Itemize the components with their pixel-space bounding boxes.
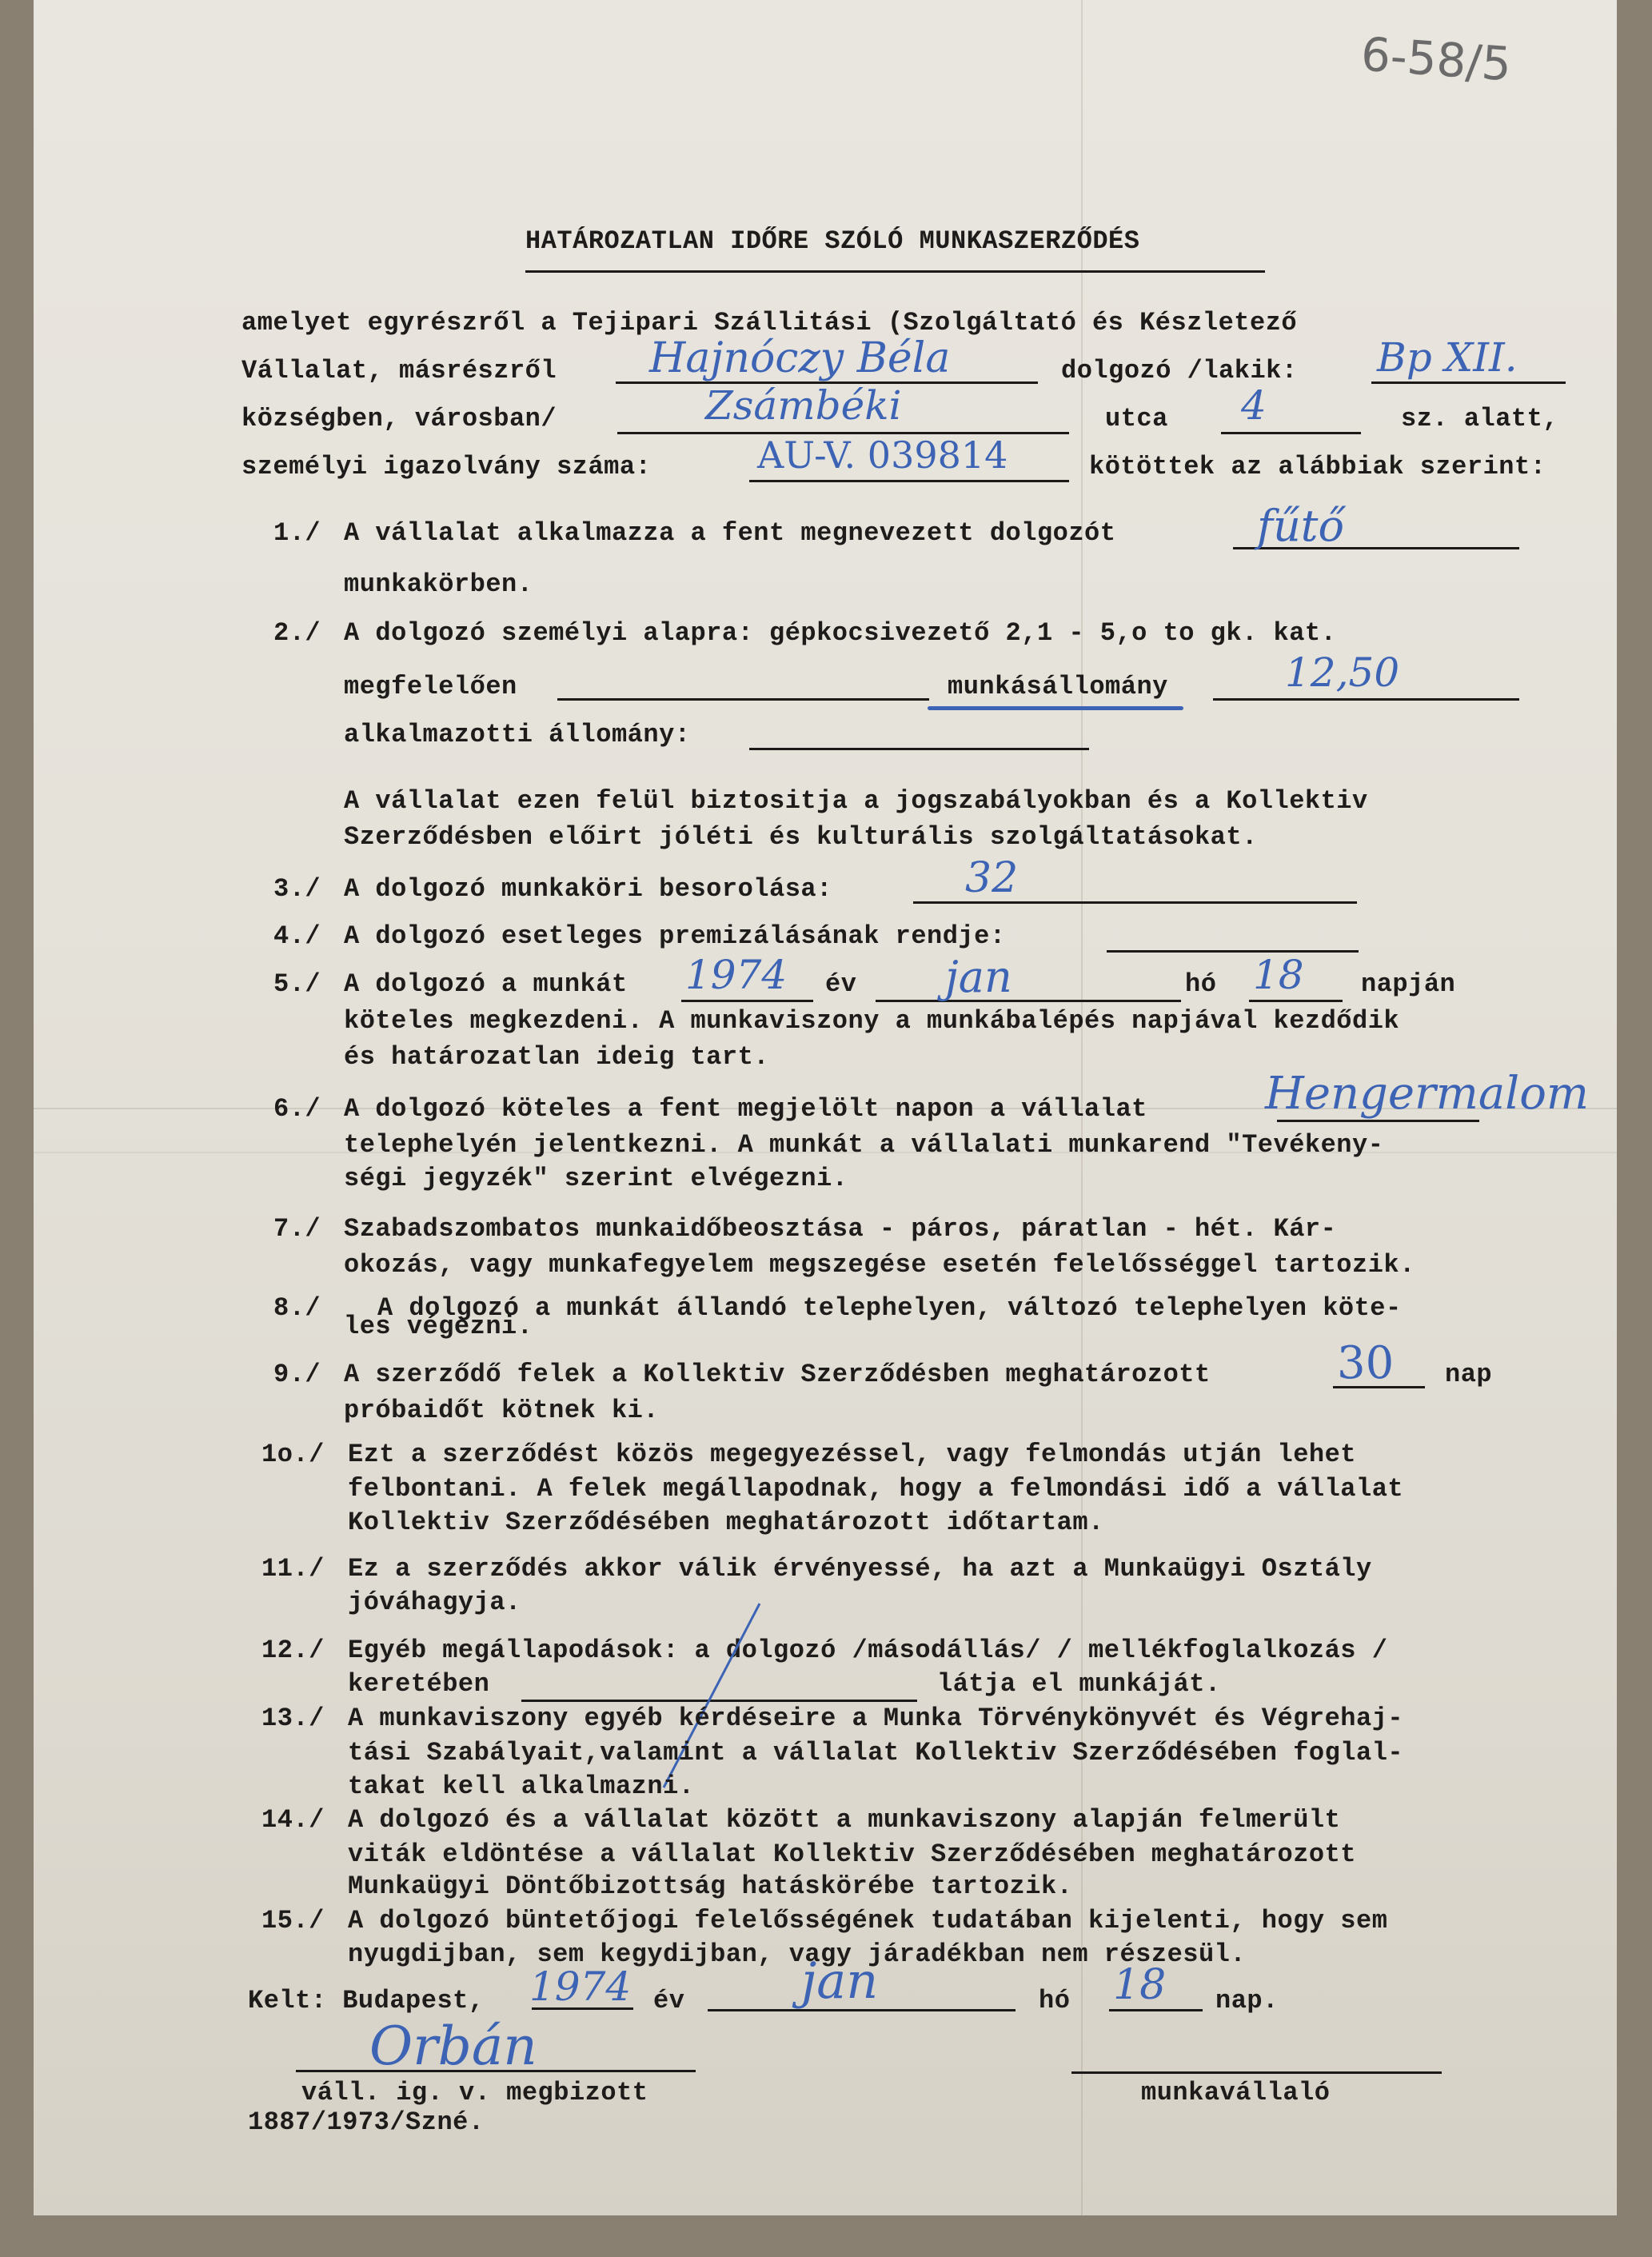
clause-2-megfeleloen: megfelelően	[344, 672, 517, 701]
footer-ho: hó	[1039, 1986, 1070, 2015]
clause-6-text-3: ségi jegyzék" szerint elvégezni.	[344, 1164, 848, 1193]
start-year-field-line	[681, 1000, 813, 1002]
clause-11-text: Ez a szerződés akkor válik érvényessé, h…	[348, 1554, 1372, 1584]
clause-8-text-2: les végezni.	[344, 1312, 533, 1341]
clause-3-number: 3./	[273, 874, 321, 904]
employee-signature-line	[1071, 2071, 1442, 2074]
start-day-field[interactable]: 18	[1253, 952, 1304, 998]
clause-7-text-2: okozás, vagy munkafegyelem megszegése es…	[344, 1250, 1415, 1280]
job-title-field[interactable]: fűtő	[1257, 501, 1344, 551]
intro-line-3-label: községben, városban/	[241, 404, 557, 433]
clause-12-number: 12./	[261, 1636, 325, 1665]
handwritten-underline	[928, 706, 1183, 710]
clause-9-text: A szerződő felek a Kollektiv Szerződésbe…	[344, 1360, 1211, 1389]
clause-9-number: 9./	[273, 1360, 321, 1389]
clause-4-number: 4./	[273, 921, 321, 951]
clause-8-number: 8./	[273, 1293, 321, 1323]
clause-15-text: A dolgozó büntetőjogi felelősségének tud…	[348, 1906, 1387, 1935]
intro-line-3-utca: utca	[1105, 404, 1168, 433]
clause-14-text-3: Munkaügyi Döntőbizottság hatáskörébe tar…	[348, 1872, 1072, 1901]
clause-2-para-2: Szerződésben előirt jóléti és kulturális…	[344, 822, 1258, 852]
clause-15-text-2: nyugdijban, sem kegydijban, vagy járadék…	[348, 1939, 1246, 1969]
clause-10-text: Ezt a szerződést közös megegyezéssel, va…	[348, 1440, 1356, 1469]
clause-7-text: Szabadszombatos munkaidőbeosztása - páro…	[344, 1214, 1336, 1244]
start-month-field[interactable]: jan	[945, 952, 1012, 1002]
clause-2-employee-blank	[749, 748, 1089, 750]
clause-13-number: 13./	[261, 1704, 325, 1733]
clause-9-nap: nap	[1445, 1360, 1492, 1389]
clause-2-number: 2./	[273, 618, 321, 648]
kelt-label: Kelt: Budapest,	[248, 1986, 485, 2015]
clause-1-text-2: munkakörben.	[344, 569, 533, 599]
intro-line-4-label: személyi igazolvány száma:	[241, 452, 651, 481]
signed-year-field[interactable]: 1974	[529, 1963, 631, 2010]
clause-6-number: 6./	[273, 1094, 321, 1124]
clause-2-para-1: A vállalat ezen felül biztositja a jogsz…	[344, 786, 1368, 816]
clause-14-text: A dolgozó és a vállalat között a munkavi…	[348, 1805, 1340, 1835]
clause-5-text-2: köteles megkezdeni. A munkaviszony a mun…	[344, 1006, 1399, 1036]
residence-field[interactable]: Bp XII.	[1377, 334, 1518, 381]
clause-4-text: A dolgozó esetleges premizálásának rendj…	[344, 921, 1006, 951]
start-month-field-line	[876, 1000, 1181, 1002]
intro-line-2-label: Vállalat, másrészről	[241, 356, 557, 385]
intro-line-1: amelyet egyrészről a Tejipari Szállitási…	[241, 308, 1297, 338]
clause-12-text: Egyéb megállapodások: a dolgozó /másodál…	[348, 1636, 1387, 1665]
id-number-field-line	[749, 480, 1069, 482]
clause-5-napjan: napján	[1361, 969, 1455, 999]
clause-10-text-3: Kollektiv Szerződésében meghatározott id…	[348, 1508, 1104, 1537]
clause-1-text: A vállalat alkalmazza a fent megnevezett…	[344, 518, 1115, 548]
document-page: 6-58/5 HATÁROZATLAN IDŐRE SZÓLÓ MUNKASZE…	[34, 0, 1617, 2215]
clause-3-text: A dolgozó munkaköri besorolása:	[344, 874, 832, 904]
employee-signature-label: munkavállaló	[1141, 2078, 1330, 2107]
bonus-field-line	[1107, 950, 1359, 953]
house-number-field[interactable]: 4	[1241, 382, 1267, 429]
document-title: HATÁROZATLAN IDŐRE SZÓLÓ MUNKASZERZŐDÉS	[525, 226, 1139, 256]
work-site-field-line	[1277, 1120, 1479, 1122]
wage-field[interactable]: 12,50	[1285, 649, 1399, 696]
employer-signature[interactable]: Orbán	[369, 2015, 537, 2077]
clause-13-text: A munkaviszony egyéb kérdéseire a Munka …	[348, 1704, 1403, 1733]
clause-14-number: 14./	[261, 1805, 325, 1835]
clause-5-ho: hó	[1185, 969, 1216, 999]
clause-2-alkalmazotti: alkalmazotti állomány:	[344, 720, 690, 749]
id-number-field[interactable]: AU-V. 039814	[757, 433, 1008, 477]
residence-field-line	[1371, 381, 1566, 384]
clause-6-text: A dolgozó köteles a fent megjelölt napon…	[344, 1094, 1147, 1124]
employee-name-field[interactable]: Hajnóczy Béla	[649, 334, 950, 382]
clause-12-keretében: keretében	[348, 1669, 489, 1699]
clause-15-number: 15./	[261, 1906, 325, 1935]
start-day-field-line	[1249, 1000, 1343, 1002]
archive-reference: 6-58/5	[1359, 27, 1513, 92]
house-number-field-line	[1221, 432, 1361, 434]
wage-field-line	[1213, 698, 1519, 701]
clause-6-text-2: telephelyén jelentkezni. A munkát a váll…	[344, 1130, 1383, 1160]
clause-14-text-2: viták eldöntése a vállalat Kollektiv Sze…	[348, 1840, 1356, 1869]
form-number: 1887/1973/Szné.	[248, 2107, 485, 2137]
clause-11-text-2: jóváhagyja.	[348, 1588, 521, 1617]
clause-10-text-2: felbontani. A felek megállapodnak, hogy …	[348, 1474, 1403, 1504]
intro-line-4-suffix: kötöttek az alábbiak szerint:	[1089, 452, 1546, 481]
classification-field[interactable]: 32	[965, 854, 1018, 902]
clause-5-text: A dolgozó a munkát	[344, 969, 628, 999]
work-site-field[interactable]: Hengermalom	[1265, 1068, 1589, 1120]
signed-day-field-line	[1109, 2009, 1203, 2011]
title-underline	[525, 270, 1265, 273]
clause-11-number: 11./	[261, 1554, 325, 1584]
footer-ev: év	[653, 1986, 684, 2015]
footer-nap: nap.	[1215, 1986, 1279, 2015]
clause-5-text-3: és határozatlan ideig tart.	[344, 1042, 769, 1072]
street-field[interactable]: Zsámbéki	[705, 382, 902, 429]
clause-13-text-3: takat kell alkalmazni.	[348, 1772, 694, 1801]
clause-10-number: 1o./	[261, 1440, 325, 1469]
clause-5-number: 5./	[273, 969, 321, 999]
intro-line-2-worker: dolgozó /lakik:	[1061, 356, 1298, 385]
signed-day-field[interactable]: 18	[1113, 1961, 1166, 2009]
clause-12-latja: látja el munkáját.	[937, 1669, 1221, 1699]
clause-2-text: A dolgozó személyi alapra: gépkocsivezet…	[344, 618, 1336, 648]
clause-7-number: 7./	[273, 1214, 321, 1244]
clause-1-number: 1./	[273, 518, 321, 548]
clause-13-text-2: tási Szabályait,valamint a vállalat Koll…	[348, 1738, 1403, 1768]
clause-2-munkasallomany: munkásállomány	[948, 672, 1168, 701]
intro-line-3-alatt: sz. alatt,	[1401, 404, 1558, 433]
clause-9-text-2: próbaidőt kötnek ki.	[344, 1396, 659, 1425]
employer-signature-label: váll. ig. v. megbizott	[301, 2078, 648, 2107]
trial-period-field[interactable]: 30	[1337, 1337, 1394, 1389]
clause-5-ev: év	[825, 969, 856, 999]
start-year-field[interactable]: 1974	[685, 952, 787, 998]
clause-2-blank-line	[557, 698, 929, 701]
signed-month-field[interactable]: jan	[801, 1951, 878, 2010]
